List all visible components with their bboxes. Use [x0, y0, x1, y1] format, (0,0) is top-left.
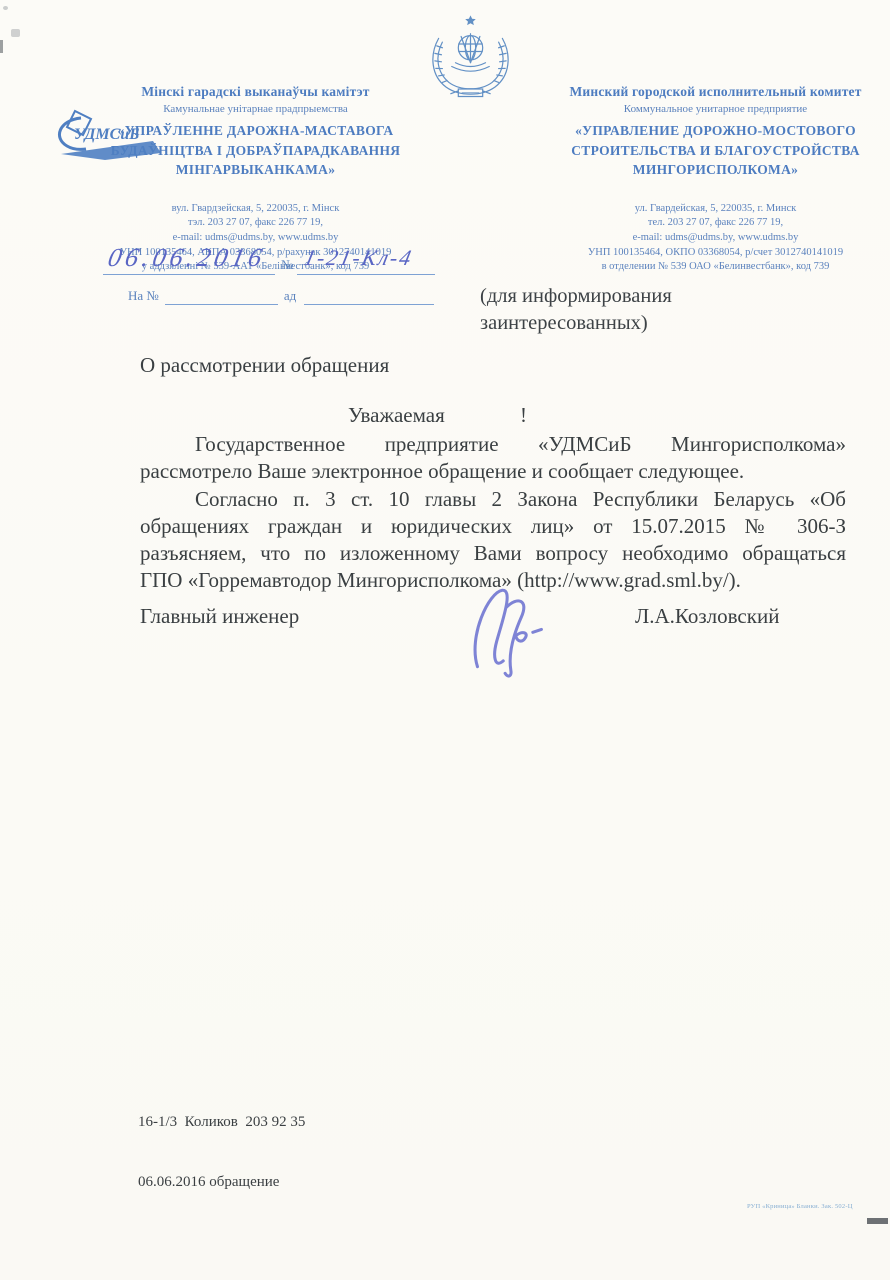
date-underline: 06.06.2016	[103, 243, 275, 275]
case-line: 06.06.2016 обращение	[138, 1172, 305, 1192]
number-underline: 1-21-Кл-4	[297, 245, 435, 275]
subject-line: О рассмотрении обращения	[140, 353, 389, 378]
belarus-coat-of-arms-icon	[423, 14, 518, 104]
signer-position: Главный инженер	[140, 604, 299, 628]
na-no-label: На №	[128, 288, 159, 305]
org-address-ru: ул. Гвардейская, 5, 220035, г. Минск тел…	[548, 202, 883, 275]
reply-date-blank	[304, 288, 434, 305]
org-name-ru: «УПРАВЛЕНИЕ ДОРОЖНО-МОСТОВОГО СТРОИТЕЛЬС…	[548, 121, 883, 180]
logo-text: УДМСиБ	[74, 126, 139, 143]
signer-name: Л.А.Козловский	[635, 604, 779, 629]
handwritten-date: 06.06.2016	[103, 243, 275, 274]
number-sign: №	[281, 257, 293, 273]
addressee-note: (для информирования заинтересованных)	[480, 283, 672, 336]
udmsib-logo-icon: УДМСиБ	[53, 108, 178, 168]
handwritten-number: 1-21-Кл-4	[297, 245, 421, 274]
scan-artifact-dot	[3, 6, 8, 10]
handwritten-signature-icon	[448, 575, 568, 680]
scan-artifact-edge-mark	[0, 40, 3, 53]
reference-row-date-number: 06.06.2016 № 1-21-Кл-4	[103, 243, 435, 275]
committee-name-by: Мінскі гарадскі выканаўчы камітэт	[78, 84, 433, 100]
reference-row-reply-to: На № ад	[128, 288, 434, 305]
executor-line: 16-1/3 Коликов 203 92 35	[138, 1112, 305, 1132]
ad-label: ад	[284, 288, 296, 305]
scan-artifact-smudge	[11, 29, 20, 37]
scanned-letter-page: Мінскі гарадскі выканаўчы камітэт Камуна…	[0, 0, 890, 1280]
salutation-word: Уважаемая	[348, 403, 445, 428]
salutation-punct: !	[520, 403, 527, 428]
scan-artifact-dash	[867, 1218, 888, 1224]
reply-number-blank	[165, 288, 278, 305]
header-russian: Минский городской исполнительный комитет…	[548, 84, 883, 275]
org-type-ru: Коммунальное унитарное предприятие	[548, 103, 883, 115]
committee-name-ru: Минский городской исполнительный комитет	[548, 84, 883, 100]
printing-house-mark: РУП «Криница» Бланки. Зак. 502-Ц	[747, 1203, 853, 1210]
paragraph-1: Государственное предприятие «УДМСиБ Минг…	[140, 431, 846, 485]
executor-note: 16-1/3 Коликов 203 92 35 06.06.2016 обра…	[138, 1071, 305, 1233]
